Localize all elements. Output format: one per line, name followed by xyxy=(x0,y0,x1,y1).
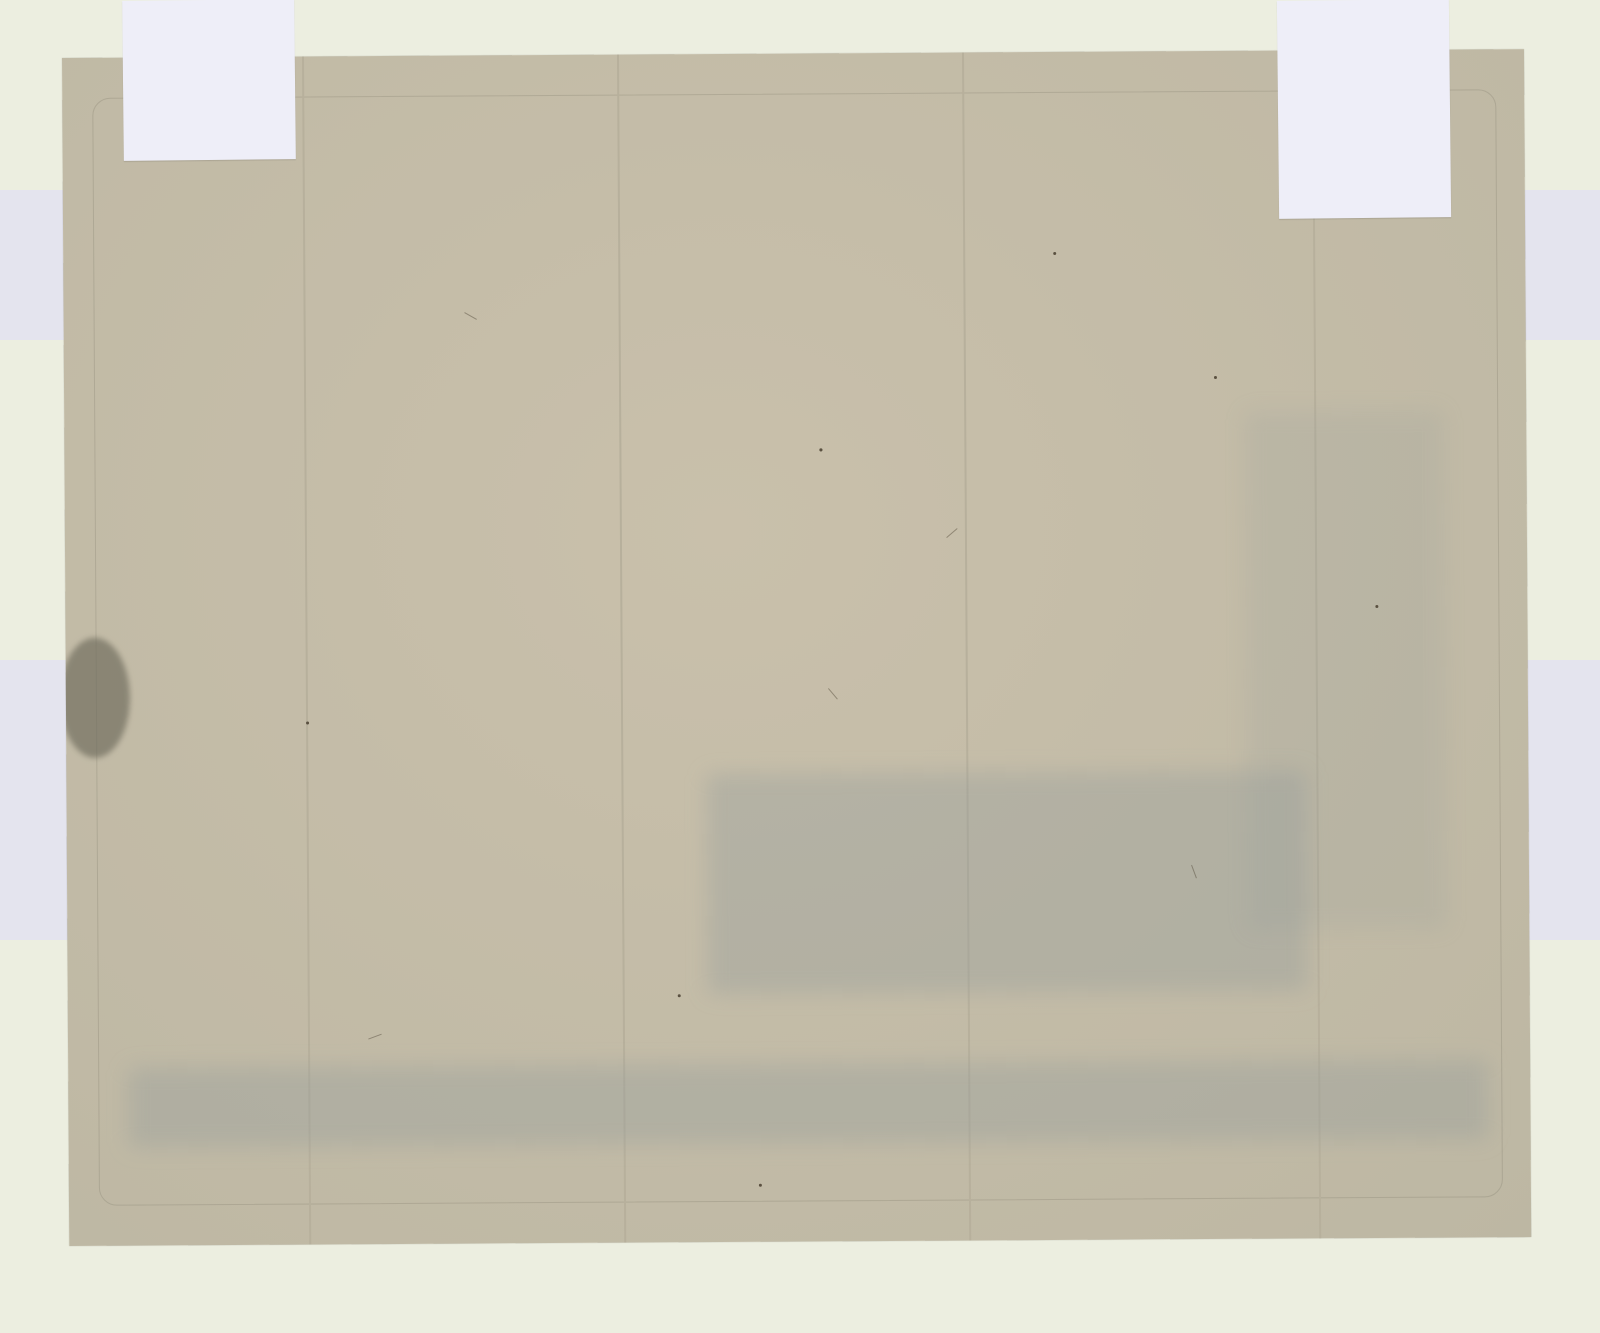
speck xyxy=(1375,605,1378,608)
speck xyxy=(819,448,822,451)
tape-tab-right xyxy=(1277,0,1451,219)
ink-show-through xyxy=(128,1059,1488,1147)
ink-show-through xyxy=(706,770,1307,994)
speck xyxy=(306,722,309,725)
speck xyxy=(759,1184,762,1187)
speck xyxy=(1214,376,1217,379)
speck xyxy=(678,994,681,997)
paper-sheet xyxy=(62,49,1531,1246)
tape-tab-left xyxy=(122,0,296,161)
ink-show-through xyxy=(1244,410,1447,931)
speck xyxy=(1053,252,1056,255)
